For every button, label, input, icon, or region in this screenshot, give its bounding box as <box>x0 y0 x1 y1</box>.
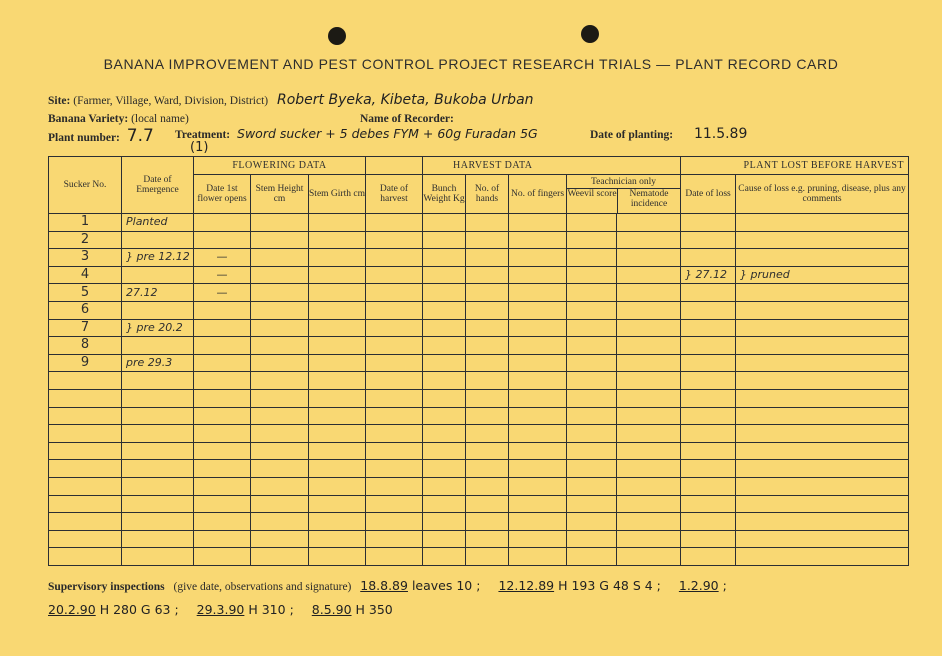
table-cell[interactable] <box>681 495 736 513</box>
table-cell[interactable] <box>736 372 909 390</box>
table-cell[interactable] <box>736 407 909 425</box>
table-cell[interactable] <box>617 460 681 478</box>
table-cell[interactable] <box>567 354 617 372</box>
table-cell[interactable] <box>567 460 617 478</box>
table-cell[interactable] <box>617 513 681 531</box>
table-cell[interactable] <box>122 442 194 460</box>
table-cell[interactable] <box>366 301 423 319</box>
table-cell[interactable] <box>251 495 309 513</box>
table-cell[interactable] <box>251 319 309 337</box>
table-cell[interactable] <box>309 513 366 531</box>
table-cell[interactable] <box>567 284 617 302</box>
loss-cause-cell[interactable]: } pruned <box>736 266 909 284</box>
variety-hint: (local name) <box>131 113 189 125</box>
plant-number-field: Plant number: 7.7 <box>48 126 154 146</box>
header-harvest-date: Date of harvest <box>366 175 423 214</box>
table-cell[interactable] <box>509 513 567 531</box>
table-cell[interactable] <box>309 530 366 548</box>
group-flowering: FLOWERING DATA <box>194 157 366 175</box>
table-cell[interactable] <box>423 249 466 267</box>
table-row: 527.12— <box>49 284 909 302</box>
table-cell[interactable] <box>251 337 309 355</box>
emergence-cell[interactable] <box>122 266 194 284</box>
table-cell[interactable] <box>509 354 567 372</box>
table-cell[interactable] <box>509 407 567 425</box>
table-cell[interactable] <box>366 548 423 566</box>
table-cell[interactable] <box>122 372 194 390</box>
flower-opens-cell[interactable]: — <box>194 284 251 302</box>
table-cell[interactable] <box>509 214 567 232</box>
table-cell[interactable] <box>617 442 681 460</box>
group-plant-lost: PLANT LOST BEFORE HARVEST <box>681 157 909 175</box>
table-cell[interactable] <box>509 319 567 337</box>
table-cell[interactable] <box>309 231 366 249</box>
table-cell[interactable] <box>309 389 366 407</box>
sucker-number-cell[interactable]: 9 <box>49 354 122 372</box>
loss-cause-cell[interactable] <box>736 214 909 232</box>
table-cell[interactable] <box>466 319 509 337</box>
table-cell[interactable] <box>366 530 423 548</box>
sucker-number-cell[interactable]: 6 <box>49 301 122 319</box>
table-cell[interactable] <box>681 477 736 495</box>
table-cell[interactable] <box>617 249 681 267</box>
table-cell[interactable] <box>366 231 423 249</box>
table-cell[interactable] <box>194 425 251 443</box>
supervisory-inspections: Supervisory inspections (give date, obse… <box>48 578 727 593</box>
table-cell[interactable] <box>567 548 617 566</box>
loss-date-cell[interactable] <box>681 231 736 249</box>
table-cell[interactable] <box>681 513 736 531</box>
table-cell[interactable] <box>736 477 909 495</box>
table-cell[interactable] <box>309 407 366 425</box>
table-cell[interactable] <box>466 442 509 460</box>
table-cell[interactable] <box>567 407 617 425</box>
table-cell[interactable] <box>466 425 509 443</box>
table-cell[interactable] <box>567 214 617 232</box>
table-cell[interactable] <box>466 495 509 513</box>
variety-field: Banana Variety: (local name) <box>48 111 189 125</box>
table-cell[interactable] <box>366 513 423 531</box>
table-cell[interactable] <box>122 460 194 478</box>
table-cell[interactable] <box>49 495 122 513</box>
table-cell[interactable] <box>194 442 251 460</box>
table-cell[interactable] <box>567 495 617 513</box>
table-cell[interactable] <box>366 407 423 425</box>
table-cell[interactable] <box>251 354 309 372</box>
table-row: 3} pre 12.12— <box>49 249 909 267</box>
loss-cause-cell[interactable] <box>736 231 909 249</box>
table-cell[interactable] <box>617 319 681 337</box>
table-row: 6 <box>49 301 909 319</box>
table-cell[interactable] <box>617 548 681 566</box>
table-cell[interactable] <box>423 425 466 443</box>
table-cell[interactable] <box>309 354 366 372</box>
table-cell[interactable] <box>251 266 309 284</box>
table-cell[interactable] <box>466 513 509 531</box>
table-cell[interactable] <box>466 389 509 407</box>
table-cell[interactable] <box>122 425 194 443</box>
table-cell[interactable] <box>194 407 251 425</box>
table-cell[interactable] <box>509 530 567 548</box>
header-technician: Teachnician only Weevil score Nematode i… <box>567 175 681 214</box>
table-cell[interactable] <box>251 407 309 425</box>
table-cell[interactable] <box>617 372 681 390</box>
table-cell[interactable] <box>309 284 366 302</box>
header-emergence: Date of Emergence <box>122 157 194 214</box>
table-cell[interactable] <box>122 530 194 548</box>
table-cell[interactable] <box>366 214 423 232</box>
table-cell[interactable] <box>423 372 466 390</box>
table-cell[interactable] <box>617 477 681 495</box>
table-cell[interactable] <box>251 442 309 460</box>
flower-opens-cell[interactable]: — <box>194 266 251 284</box>
loss-date-cell[interactable] <box>681 319 736 337</box>
table-cell[interactable] <box>366 319 423 337</box>
table-cell[interactable] <box>366 425 423 443</box>
table-cell[interactable] <box>509 249 567 267</box>
planting-date-value[interactable]: 11.5.89 <box>694 126 747 142</box>
table-cell[interactable] <box>122 477 194 495</box>
table-cell[interactable] <box>466 249 509 267</box>
table-cell[interactable] <box>567 477 617 495</box>
table-cell[interactable] <box>309 337 366 355</box>
table-row: 8 <box>49 337 909 355</box>
table-cell[interactable] <box>681 372 736 390</box>
table-cell[interactable] <box>681 389 736 407</box>
emergence-cell[interactable] <box>122 301 194 319</box>
table-cell[interactable] <box>49 460 122 478</box>
table-row <box>49 477 909 495</box>
loss-cause-cell[interactable] <box>736 301 909 319</box>
table-cell[interactable] <box>49 407 122 425</box>
site-value[interactable]: Robert Byeka, Kibeta, Bukoba Urban <box>277 92 534 108</box>
table-cell[interactable] <box>251 548 309 566</box>
loss-date-cell[interactable]: } 27.12 <box>681 266 736 284</box>
loss-date-cell[interactable] <box>681 354 736 372</box>
loss-date-cell[interactable] <box>681 337 736 355</box>
supervisory-entry[interactable]: 18.8.89 leaves 10 ; 12.12.89 H 193 G 48 … <box>360 578 727 593</box>
flower-opens-cell[interactable] <box>194 301 251 319</box>
table-cell[interactable] <box>617 389 681 407</box>
table-cell[interactable] <box>466 372 509 390</box>
loss-cause-cell[interactable] <box>736 354 909 372</box>
punch-hole-left <box>328 27 346 45</box>
table-cell[interactable] <box>466 284 509 302</box>
table-cell[interactable] <box>509 301 567 319</box>
table-row: 9pre 29.3 <box>49 354 909 372</box>
sucker-number-cell[interactable]: 3 <box>49 249 122 267</box>
table-cell[interactable] <box>509 460 567 478</box>
table-cell[interactable] <box>251 477 309 495</box>
table-cell[interactable] <box>681 530 736 548</box>
table-cell[interactable] <box>617 354 681 372</box>
table-cell[interactable] <box>681 442 736 460</box>
table-cell[interactable] <box>122 389 194 407</box>
group-harvest: HARVEST DATA <box>423 157 681 175</box>
table-cell[interactable] <box>49 548 122 566</box>
header-loss-cause: Cause of loss e.g. pruning, disease, plu… <box>736 175 909 214</box>
table-cell[interactable] <box>366 442 423 460</box>
table-cell[interactable] <box>423 354 466 372</box>
table-cell[interactable] <box>567 425 617 443</box>
table-cell[interactable] <box>309 442 366 460</box>
table-cell[interactable] <box>681 548 736 566</box>
table-cell[interactable] <box>194 513 251 531</box>
table-cell[interactable] <box>509 477 567 495</box>
table-cell[interactable] <box>736 548 909 566</box>
table-cell[interactable] <box>466 477 509 495</box>
table-cell[interactable] <box>423 214 466 232</box>
table-cell[interactable] <box>736 460 909 478</box>
table-cell[interactable] <box>617 284 681 302</box>
treatment-field: Treatment: Sword sucker + 5 debes FYM + … <box>175 126 538 141</box>
table-cell[interactable] <box>309 372 366 390</box>
table-cell[interactable] <box>194 460 251 478</box>
table-cell[interactable] <box>617 214 681 232</box>
table-cell[interactable] <box>251 389 309 407</box>
supervisory-label: Supervisory inspections <box>48 581 165 593</box>
sucker-number-cell[interactable]: 7 <box>49 319 122 337</box>
table-cell[interactable] <box>309 425 366 443</box>
table-row <box>49 389 909 407</box>
table-cell[interactable] <box>567 301 617 319</box>
table-cell[interactable] <box>251 284 309 302</box>
table-cell[interactable] <box>122 548 194 566</box>
loss-date-cell[interactable] <box>681 284 736 302</box>
table-cell[interactable] <box>251 214 309 232</box>
table-cell[interactable] <box>617 530 681 548</box>
header-weevil: Weevil score <box>567 189 618 213</box>
table-cell[interactable] <box>567 231 617 249</box>
table-cell[interactable] <box>509 442 567 460</box>
supervisory-entries-line2[interactable]: 20.2.90 H 280 G 63 ; 29.3.90 H 310 ; 8.5… <box>48 602 393 617</box>
table-row: 4—} 27.12} pruned <box>49 266 909 284</box>
table-cell[interactable] <box>366 354 423 372</box>
table-cell[interactable] <box>423 460 466 478</box>
table-cell[interactable] <box>466 214 509 232</box>
table-cell[interactable] <box>366 372 423 390</box>
flower-opens-cell[interactable] <box>194 354 251 372</box>
group-harvest-spacer <box>366 157 423 175</box>
table-cell[interactable] <box>509 495 567 513</box>
treatment-value[interactable]: Sword sucker + 5 debes FYM + 60g Furadan… <box>237 126 538 141</box>
table-cell[interactable] <box>251 460 309 478</box>
loss-cause-cell[interactable] <box>736 319 909 337</box>
table-cell[interactable] <box>194 389 251 407</box>
table-cell[interactable] <box>509 284 567 302</box>
flower-opens-cell[interactable] <box>194 214 251 232</box>
table-cell[interactable] <box>423 389 466 407</box>
table-cell[interactable] <box>423 284 466 302</box>
emergence-cell[interactable] <box>122 337 194 355</box>
table-cell[interactable] <box>466 301 509 319</box>
table-cell[interactable] <box>509 548 567 566</box>
sucker-number-cell[interactable]: 1 <box>49 214 122 232</box>
site-hint: (Farmer, Village, Ward, Division, Distri… <box>73 95 268 107</box>
table-cell[interactable] <box>366 460 423 478</box>
table-cell[interactable] <box>617 425 681 443</box>
table-cell[interactable] <box>466 530 509 548</box>
loss-cause-cell[interactable] <box>736 249 909 267</box>
table-cell[interactable] <box>617 231 681 249</box>
table-cell[interactable] <box>251 530 309 548</box>
table-cell[interactable] <box>251 425 309 443</box>
table-cell[interactable] <box>466 460 509 478</box>
table-cell[interactable] <box>423 495 466 513</box>
flower-opens-cell[interactable] <box>194 231 251 249</box>
table-row <box>49 425 909 443</box>
table-cell[interactable] <box>509 337 567 355</box>
table-cell[interactable] <box>423 231 466 249</box>
table-cell[interactable] <box>736 513 909 531</box>
loss-date-cell[interactable] <box>681 301 736 319</box>
table-cell[interactable] <box>366 284 423 302</box>
header-stem-height: Stem Height cm <box>251 175 309 214</box>
table-row <box>49 372 909 390</box>
loss-date-cell[interactable] <box>681 249 736 267</box>
emergence-cell[interactable]: 27.12 <box>122 284 194 302</box>
table-cell[interactable] <box>567 530 617 548</box>
table-cell[interactable] <box>309 214 366 232</box>
table-cell[interactable] <box>567 372 617 390</box>
punch-hole-right <box>581 25 599 43</box>
plant-number-value[interactable]: 7.7 <box>127 126 154 146</box>
table-cell[interactable] <box>251 513 309 531</box>
flower-opens-cell[interactable] <box>194 319 251 337</box>
table-cell[interactable] <box>366 266 423 284</box>
table-cell[interactable] <box>309 266 366 284</box>
table-cell[interactable] <box>366 477 423 495</box>
table-cell[interactable] <box>466 231 509 249</box>
table-cell[interactable] <box>49 389 122 407</box>
table-cell[interactable] <box>309 495 366 513</box>
table-cell[interactable] <box>617 407 681 425</box>
table-cell[interactable] <box>49 425 122 443</box>
table-cell[interactable] <box>309 319 366 337</box>
table-cell[interactable] <box>736 530 909 548</box>
loss-cause-cell[interactable] <box>736 284 909 302</box>
header-stem-girth: Stem Girth cm <box>309 175 366 214</box>
table-cell[interactable] <box>366 389 423 407</box>
table-cell[interactable] <box>309 249 366 267</box>
sucker-number-cell[interactable]: 5 <box>49 284 122 302</box>
table-cell[interactable] <box>122 513 194 531</box>
table-cell[interactable] <box>509 389 567 407</box>
table-cell[interactable] <box>509 231 567 249</box>
table-cell[interactable] <box>423 442 466 460</box>
table-cell[interactable] <box>736 425 909 443</box>
table-cell[interactable] <box>509 372 567 390</box>
table-cell[interactable] <box>194 548 251 566</box>
table-cell[interactable] <box>617 337 681 355</box>
table-cell[interactable] <box>423 530 466 548</box>
table-row <box>49 442 909 460</box>
table-cell[interactable] <box>423 477 466 495</box>
table-cell[interactable] <box>567 337 617 355</box>
table-cell[interactable] <box>617 495 681 513</box>
table-cell[interactable] <box>681 407 736 425</box>
loss-cause-cell[interactable] <box>736 337 909 355</box>
table-cell[interactable] <box>423 337 466 355</box>
table-cell[interactable] <box>49 477 122 495</box>
treatment-code: (1) <box>190 140 208 155</box>
table-cell[interactable] <box>49 372 122 390</box>
table-cell[interactable] <box>49 442 122 460</box>
table-cell[interactable] <box>49 513 122 531</box>
table-cell[interactable] <box>736 442 909 460</box>
table-cell[interactable] <box>736 389 909 407</box>
table-cell[interactable] <box>423 513 466 531</box>
table-cell[interactable] <box>251 301 309 319</box>
table-cell[interactable] <box>567 266 617 284</box>
table-cell[interactable] <box>466 266 509 284</box>
table-cell[interactable] <box>366 495 423 513</box>
table-cell[interactable] <box>309 460 366 478</box>
table-cell[interactable] <box>423 319 466 337</box>
table-cell[interactable] <box>466 354 509 372</box>
emergence-cell[interactable]: pre 29.3 <box>122 354 194 372</box>
emergence-cell[interactable]: } pre 20.2 <box>122 319 194 337</box>
table-cell[interactable] <box>509 266 567 284</box>
flower-opens-cell[interactable]: — <box>194 249 251 267</box>
table-cell[interactable] <box>681 460 736 478</box>
table-cell[interactable] <box>194 372 251 390</box>
header-fingers: No. of fingers <box>509 175 567 214</box>
sucker-number-cell[interactable]: 8 <box>49 337 122 355</box>
emergence-cell[interactable]: } pre 12.12 <box>122 249 194 267</box>
table-cell[interactable] <box>466 548 509 566</box>
table-cell[interactable] <box>251 249 309 267</box>
table-cell[interactable] <box>122 495 194 513</box>
table-cell[interactable] <box>567 513 617 531</box>
table-cell[interactable] <box>509 425 567 443</box>
table-cell[interactable] <box>251 372 309 390</box>
table-cell[interactable] <box>567 389 617 407</box>
variety-label: Banana Variety: <box>48 113 128 125</box>
table-cell[interactable] <box>466 407 509 425</box>
table-cell[interactable] <box>309 301 366 319</box>
sucker-number-cell[interactable]: 4 <box>49 266 122 284</box>
table-cell[interactable] <box>617 301 681 319</box>
emergence-cell[interactable]: Planted <box>122 214 194 232</box>
table-cell[interactable] <box>423 301 466 319</box>
table-cell[interactable] <box>567 319 617 337</box>
table-cell[interactable] <box>122 407 194 425</box>
table-cell[interactable] <box>49 530 122 548</box>
table-cell[interactable] <box>251 231 309 249</box>
table-cell[interactable] <box>736 495 909 513</box>
table-cell[interactable] <box>567 249 617 267</box>
table-cell[interactable] <box>617 266 681 284</box>
table-cell[interactable] <box>423 407 466 425</box>
table-cell[interactable] <box>466 337 509 355</box>
table-cell[interactable] <box>366 249 423 267</box>
table-cell[interactable] <box>194 495 251 513</box>
table-cell[interactable] <box>423 266 466 284</box>
table-cell[interactable] <box>423 548 466 566</box>
table-cell[interactable] <box>194 530 251 548</box>
table-cell[interactable] <box>681 425 736 443</box>
table-cell[interactable] <box>309 548 366 566</box>
flower-opens-cell[interactable] <box>194 337 251 355</box>
emergence-cell[interactable] <box>122 231 194 249</box>
table-cell[interactable] <box>309 477 366 495</box>
loss-date-cell[interactable] <box>681 214 736 232</box>
table-cell[interactable] <box>366 337 423 355</box>
table-cell[interactable] <box>567 442 617 460</box>
sucker-number-cell[interactable]: 2 <box>49 231 122 249</box>
table-cell[interactable] <box>194 477 251 495</box>
